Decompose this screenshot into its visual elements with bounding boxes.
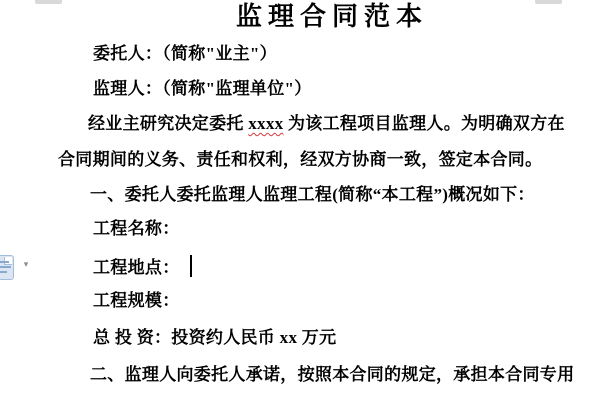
project-location-label: 工程地点：: [93, 258, 180, 277]
chevron-down-icon[interactable]: ▾: [19, 258, 33, 272]
paragraph-project-location: 工程地点：: [93, 255, 192, 278]
paragraph-project-name: 工程名称：: [93, 219, 180, 239]
paragraph-total-investment: 总 投 资：投资约人民币 xx 万元: [93, 328, 336, 348]
paragraph-section2: 二、监理人向委托人承诺，按照本合同的规定，承担本合同专用: [90, 365, 574, 385]
paragraph-supervisor: 监理人：（简称"监理单位"）: [93, 79, 312, 99]
paragraph-section1: 一、委托人委托监理人监理工程(简称“本工程”)概况如下：: [90, 185, 535, 205]
paragraph-client: 委托人：（简称"业主"）: [93, 44, 277, 64]
intro-text-post: 为该工程项目监理人。为明确双方在: [283, 114, 564, 133]
misspelled-word: xxxx: [248, 114, 283, 133]
paragraph-intro-line2: 合同期间的义务、责任和权利，经双方协商一致，签定本合同。: [58, 150, 542, 170]
paste-options-button[interactable]: [0, 255, 14, 280]
paragraph-intro-line1: 经业主研究决定委托 xxxx 为该工程项目监理人。为明确双方在: [88, 114, 565, 134]
intro-text-pre: 经业主研究决定委托: [88, 114, 248, 133]
paragraph-project-scale: 工程规模：: [93, 291, 180, 311]
document-page[interactable]: 监理合同范本 委托人：（简称"业主"） 监理人：（简称"监理单位"） 经业主研究…: [0, 0, 600, 400]
document-title: 监理合同范本: [0, 2, 600, 32]
text-caret: [190, 255, 192, 277]
